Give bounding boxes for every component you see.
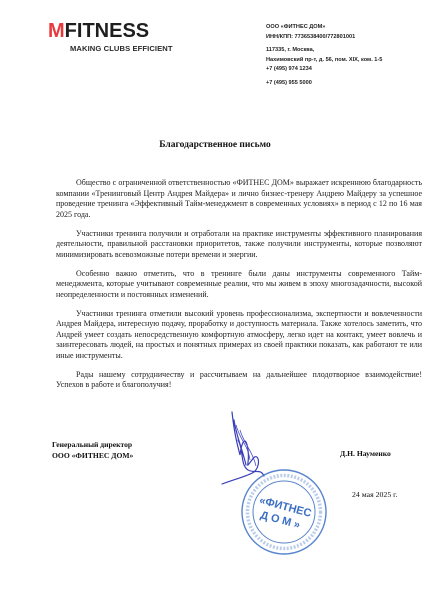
logo-text: FITNESS — [65, 20, 149, 42]
letter-paragraph: Особенно важно отметить, что в тренинге … — [56, 269, 422, 301]
signatory-block: Генеральный директор ООО «ФИТНЕС ДОМ» — [52, 440, 133, 461]
letter-paragraph: Участники тренинга отметили высокий уров… — [56, 309, 422, 362]
logo-wordmark: MFITNESS — [48, 21, 173, 41]
company-name: ООО «ФИТНЕС ДОМ» — [266, 23, 382, 33]
company-inn-kpp: ИНН/КПП: 7736538400/772801001 — [266, 33, 382, 43]
letter-body: Общество с ограниченной ответственностью… — [56, 178, 422, 399]
company-details: ООО «ФИТНЕС ДОМ» ИНН/КПП: 7736538400/772… — [266, 23, 382, 88]
signatory-name: Д.Н. Науменко — [340, 449, 391, 458]
letter-paragraph: Участники тренинга получили и отработали… — [56, 229, 422, 261]
letter-date: 24 мая 2025 г. — [352, 490, 397, 499]
company-phone-2: +7 (495) 955 5000 — [266, 79, 382, 89]
letter-title: Благодарственное письмо — [0, 140, 430, 150]
signatory-org: ООО «ФИТНЕС ДОМ» — [52, 451, 133, 462]
company-phone-1: +7 (495) 974 1234 — [266, 65, 382, 75]
letter-paragraph: Рады нашему сотрудничеству и рассчитывае… — [56, 370, 422, 391]
letter-paragraph: Общество с ограниченной ответственностью… — [56, 178, 422, 220]
company-logo: MFITNESS MAKING CLUBS EFFICIENT — [48, 21, 173, 53]
company-address-line1: 117335, г. Москва, — [266, 46, 382, 56]
logo-accent-letter: M — [48, 20, 65, 42]
logo-tagline: MAKING CLUBS EFFICIENT — [70, 44, 173, 53]
company-stamp-icon: «ФИТНЕС ДОМ» — [240, 468, 328, 556]
company-address-line2: Нахимовский пр-т, д. 56, пом. XIX, ком. … — [266, 56, 382, 66]
signatory-position: Генеральный директор — [52, 440, 133, 451]
